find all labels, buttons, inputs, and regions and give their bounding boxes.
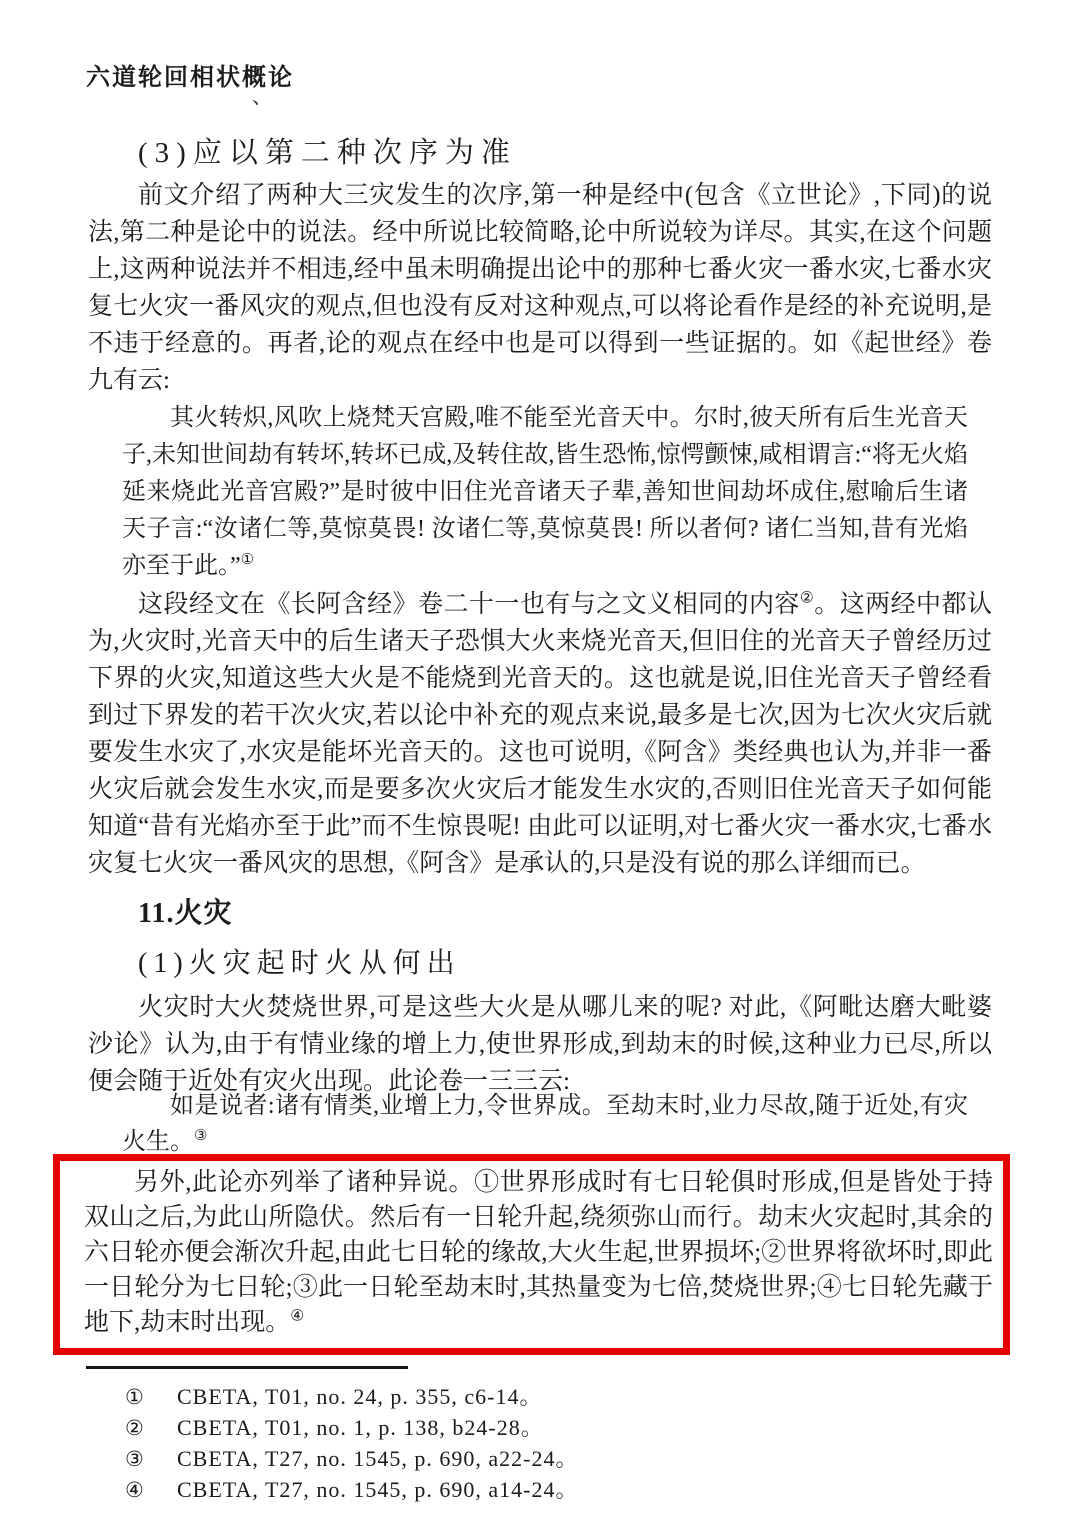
stray-pencil-mark: 、 <box>252 80 272 109</box>
footnote-text-3: CBETA, T27, no. 1545, p. 690, a22-24。 <box>177 1448 578 1470</box>
footnote-ref-1: ① <box>241 552 254 568</box>
scripture-quote-qishijing: 其火转炽,风吹上烧梵天宫殿,唯不能至光音天中。尔时,彼天所有后生光音天子,未知世… <box>122 400 968 585</box>
footnote-row: ③ CBETA, T27, no. 1545, p. 690, a22-24。 <box>125 1448 825 1470</box>
footnote-marker-4: ④ <box>125 1479 177 1501</box>
paragraph-alternative-theories: 另外,此论亦列举了诸种异说。①世界形成时有七日轮俱时形成,但是皆处于持双山之后,… <box>84 1165 993 1340</box>
footnote-row: ① CBETA, T01, no. 24, p. 355, c6-14。 <box>125 1386 825 1408</box>
footnote-text-1: CBETA, T01, no. 24, p. 355, c6-14。 <box>177 1386 542 1408</box>
footnote-text-2: CBETA, T01, no. 1, p. 138, b24-28。 <box>177 1417 544 1439</box>
section-heading-3: (3)应以第二种次序为准 <box>138 130 517 171</box>
analysis-pre: 这段经文在《长阿含经》卷二十一也有与之文义相同的内容 <box>138 591 800 618</box>
analysis-post: 。这两经中都认为,火灾时,光音天中的后生诸天子恐惧大火来烧光音天,但旧住的光音天… <box>88 591 992 877</box>
red-annotation-box: 另外,此论亦列举了诸种异说。①世界形成时有七日轮俱时形成,但是皆处于持双山之后,… <box>53 1154 1010 1355</box>
footnote-text-4: CBETA, T27, no. 1545, p. 690, a14-24。 <box>177 1479 578 1501</box>
footnote-ref-3: ③ <box>194 1128 207 1144</box>
boxed-text: 另外,此论亦列举了诸种异说。①世界形成时有七日轮俱时形成,但是皆处于持双山之后,… <box>84 1169 993 1336</box>
footnote-marker-1: ① <box>125 1386 177 1408</box>
footnotes-block: ① CBETA, T01, no. 24, p. 355, c6-14。 ② C… <box>125 1386 825 1510</box>
scanned-book-page: 六道轮回相状概论 、 (3)应以第二种次序为准 前文介绍了两种大三灾发生的次序,… <box>0 0 1080 1528</box>
footnote-ref-4: ④ <box>290 1308 304 1325</box>
section-heading-11-fire: 11.火灾 <box>138 891 232 931</box>
subsection-heading-fire-origin: (1)火灾起时火从何出 <box>138 941 461 981</box>
footnote-marker-3: ③ <box>125 1448 177 1470</box>
footnote-row: ② CBETA, T01, no. 1, p. 138, b24-28。 <box>125 1417 825 1439</box>
paragraph-analysis: 这段经文在《长阿含经》卷二十一也有与之文义相同的内容②。这两经中都认为,火灾时,… <box>88 586 992 882</box>
paragraph-intro: 前文介绍了两种大三灾发生的次序,第一种是经中(包含《立世论》,下同)的说法,第二… <box>88 177 992 399</box>
scripture-quote-vibhasa: 如是说者:诸有情类,业增上力,令世界成。至劫末时,业力尽故,随于近处,有灾火生。… <box>122 1088 968 1160</box>
footnote-row: ④ CBETA, T27, no. 1545, p. 690, a14-24。 <box>125 1479 825 1501</box>
footnote-divider <box>86 1366 408 1369</box>
quote-text: 如是说者:诸有情类,业增上力,令世界成。至劫末时,业力尽故,随于近处,有灾火生。 <box>122 1093 968 1155</box>
footnote-ref-2: ② <box>800 590 814 607</box>
paragraph-fire-origin: 火灾时大火焚烧世界,可是这些大火是从哪儿来的呢? 对此,《阿毗达磨大毗婆沙论》认… <box>88 989 992 1100</box>
footnote-marker-2: ② <box>125 1417 177 1439</box>
